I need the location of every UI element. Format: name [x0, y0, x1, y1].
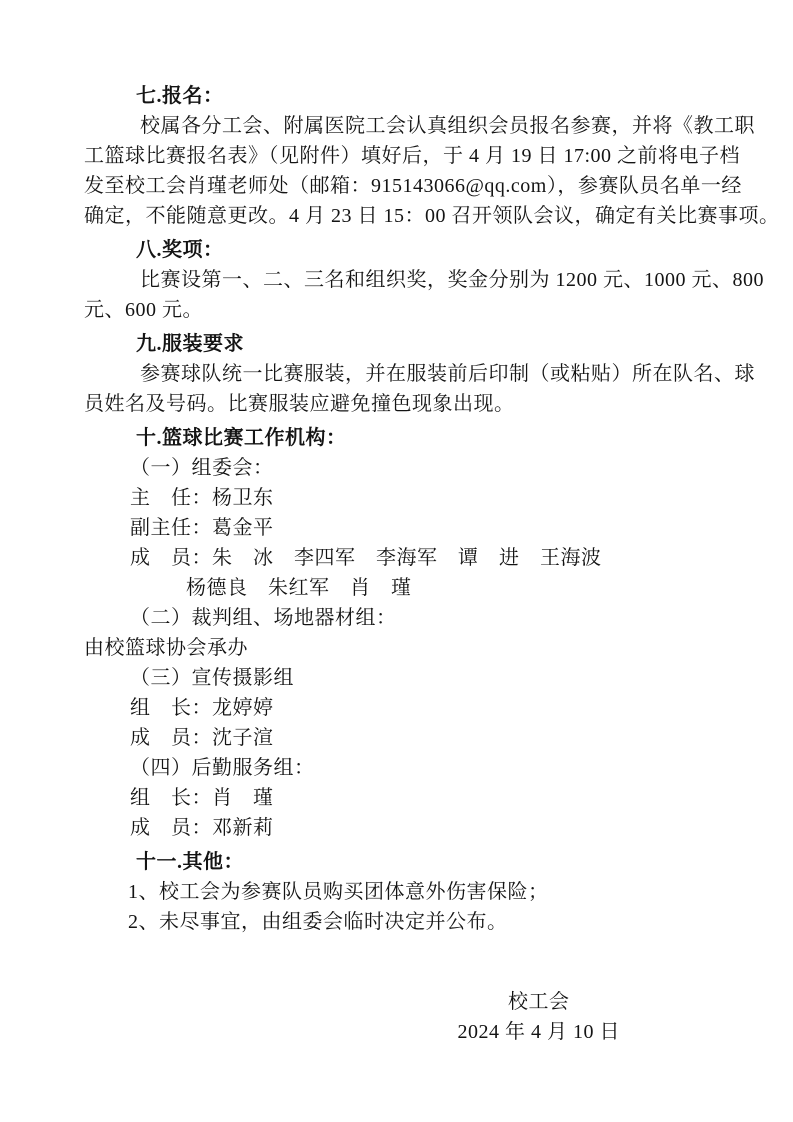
heading-others: 十一.其他：	[84, 847, 724, 877]
signature-date: 2024 年 4 月 10 日	[458, 1017, 621, 1047]
roster-line: （三）宣传摄影组	[84, 663, 724, 693]
roster-line: 由校篮球协会承办	[84, 633, 724, 663]
body-line: 校属各分工会、附属医院工会认真组织会员报名参赛，并将《教工职	[84, 111, 724, 141]
roster-line: 组 长：龙婷婷	[84, 693, 724, 723]
roster-line: 杨德良 朱红军 肖 瑾	[84, 573, 724, 603]
body-line: 2、未尽事宜，由组委会临时决定并公布。	[84, 907, 724, 937]
signature-author: 校工会	[458, 987, 621, 1017]
signature-block: 校工会 2024 年 4 月 10 日	[458, 987, 621, 1047]
body-line: 1、校工会为参赛队员购买团体意外伤害保险；	[84, 877, 724, 907]
roster-line: （一）组委会：	[84, 453, 724, 483]
roster-line: 副主任：葛金平	[84, 513, 724, 543]
roster-line: 成 员：沈子渲	[84, 723, 724, 753]
roster-line: 组 长：肖 瑾	[84, 783, 724, 813]
body-line: 员姓名及号码。比赛服装应避免撞色现象出现。	[84, 389, 724, 419]
document-page: 七.报名： 校属各分工会、附属医院工会认真组织会员报名参赛，并将《教工职 工篮球…	[0, 0, 793, 1122]
body-line: 工篮球比赛报名表》（见附件）填好后，于 4 月 19 日 17:00 之前将电子…	[84, 141, 724, 171]
roster-line: 成 员：邓新莉	[84, 813, 724, 843]
heading-organization: 十.篮球比赛工作机构：	[84, 423, 724, 453]
body-line: 确定，不能随意更改。4 月 23 日 15：00 召开领队会议，确定有关比赛事项…	[84, 201, 724, 231]
heading-awards: 八.奖项：	[84, 235, 724, 265]
roster-line: 成 员：朱 冰 李四军 李海军 谭 进 王海波	[84, 543, 724, 573]
heading-registration: 七.报名：	[84, 81, 724, 111]
roster-line: （二）裁判组、场地器材组：	[84, 603, 724, 633]
roster-line: （四）后勤服务组：	[84, 753, 724, 783]
body-line: 发至校工会肖瑾老师处（邮箱：915143066@qq.com），参赛队员名单一经	[84, 171, 724, 201]
body-line: 参赛球队统一比赛服装，并在服装前后印制（或粘贴）所在队名、球	[84, 359, 724, 389]
body-line: 比赛设第一、二、三名和组织奖，奖金分别为 1200 元、1000 元、800	[84, 265, 724, 295]
document-body: 七.报名： 校属各分工会、附属医院工会认真组织会员报名参赛，并将《教工职 工篮球…	[84, 81, 724, 1047]
roster-line: 主 任：杨卫东	[84, 483, 724, 513]
body-line: 元、600 元。	[84, 295, 724, 325]
heading-dress-code: 九.服装要求	[84, 329, 724, 359]
